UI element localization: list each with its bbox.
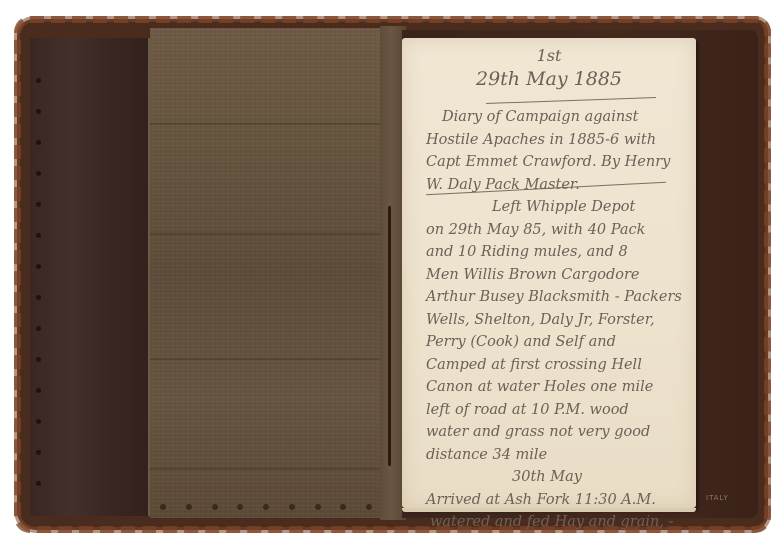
page-number: 1st	[402, 46, 696, 65]
stitch-holes	[36, 78, 44, 518]
left-leather-panel	[30, 38, 150, 516]
entry-line: Left Whipple Depot	[402, 196, 696, 219]
page-date: 29th May 1885	[402, 68, 696, 90]
entry-line: Wells, Shelton, Daly Jr, Forster,	[402, 309, 696, 332]
entry-line: on 29th May 85, with 40 Pack	[402, 219, 696, 242]
entry-line: watered and fed Hay and grain, -	[402, 511, 696, 534]
entry-line: Arrived at Ash Fork 11:30 A.M.	[402, 489, 696, 512]
entry-line: Arthur Busey Blacksmith - Packers	[402, 286, 696, 309]
entry-line: Diary of Campaign against	[402, 106, 696, 129]
entry-line: Men Willis Brown Cargodore	[402, 264, 696, 287]
silk-lining	[150, 28, 382, 518]
diary-page: 1st 29th May 1885 Diary of Campaign agai…	[402, 38, 696, 508]
entry-line: Capt Emmet Crawford. By Henry	[402, 151, 696, 174]
entry-date-heading: 30th May	[402, 466, 696, 489]
entry-line: and 10 Riding mules, and 8	[402, 241, 696, 264]
entry-line: Perry (Cook) and Self and	[402, 331, 696, 354]
diary-photo: ITALY 1st 29th May 1885 Diary of Campaig…	[0, 0, 782, 539]
entry-line: water and grass not very good	[402, 421, 696, 444]
spine-crease	[388, 206, 391, 466]
entry-line: Hostile Apaches in 1885-6 with	[402, 129, 696, 152]
entry-line: left of road at 10 P.M. wood	[402, 399, 696, 422]
entry-line: W. Daly Pack Master.	[402, 174, 696, 197]
handwritten-entry: Diary of Campaign against Hostile Apache…	[402, 106, 696, 534]
entry-line: Canon at water Holes one mile	[402, 376, 696, 399]
date-underline	[486, 97, 656, 104]
bottom-stitches	[160, 504, 372, 512]
maker-stamp: ITALY	[706, 494, 729, 502]
entry-line: distance 34 mile	[402, 444, 696, 467]
entry-line: Camped at first crossing Hell	[402, 354, 696, 377]
